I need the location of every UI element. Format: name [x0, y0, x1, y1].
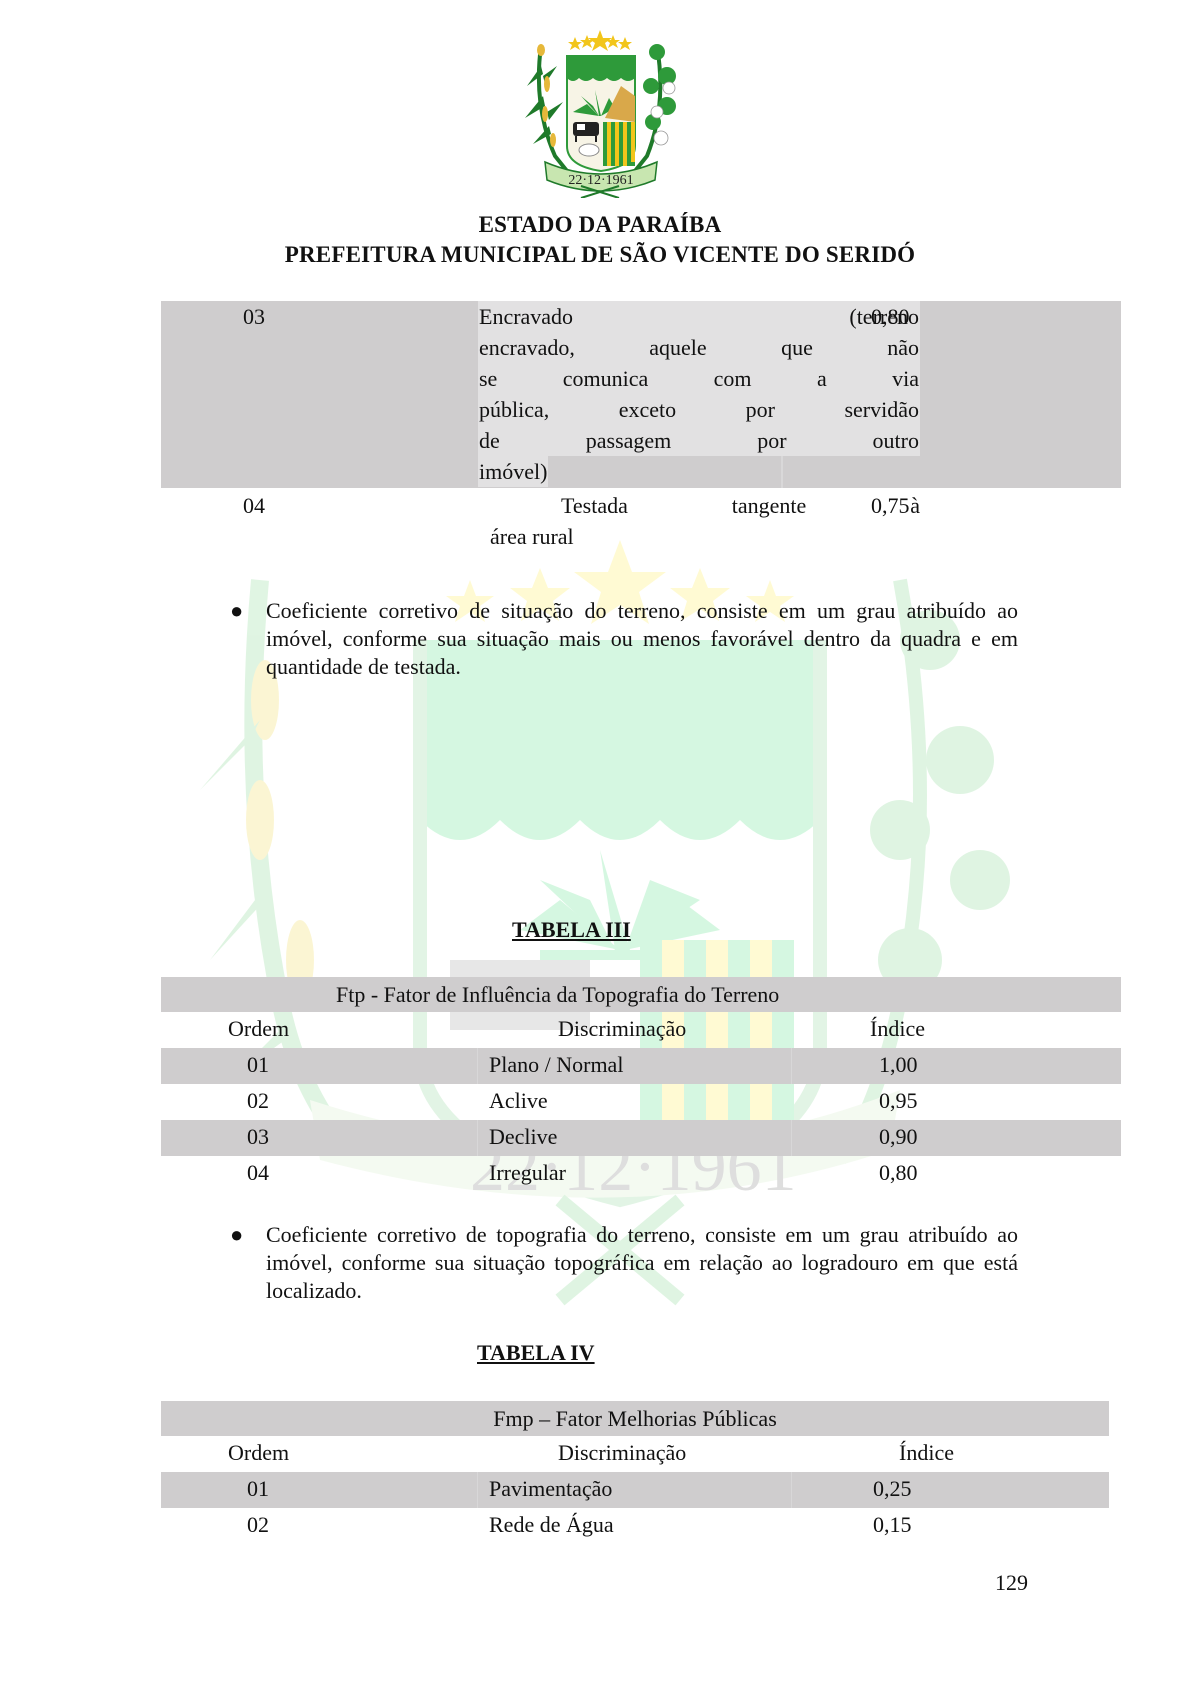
discriminacao-cell: Rede de Água: [489, 1508, 614, 1542]
column-header-discriminacao: Discriminação: [558, 1012, 686, 1046]
discriminacao-cell: Encravado (terrenoencravado, aquele que …: [478, 301, 920, 487]
table-row: 02 Rede de Água 0,15: [161, 1508, 1109, 1544]
ordem-cell: 02: [247, 1508, 269, 1542]
table-row: 03 Encravado (terrenoencravado, aquele q…: [161, 301, 1121, 488]
table-row: 03 Declive 0,90: [161, 1120, 1121, 1156]
svg-text:22·12·1961: 22·12·1961: [568, 173, 633, 188]
state-heading: ESTADO DA PARAÍBA: [0, 212, 1200, 238]
ordem-cell: 03: [243, 301, 265, 332]
discriminacao-cell: Pavimentação: [489, 1472, 612, 1506]
document-page: 22·12·1961: [0, 0, 1200, 1698]
table-header-row: Ordem Discriminação Índice: [161, 1012, 1121, 1048]
bullet-text: Coeficiente corretivo de situação do ter…: [266, 597, 1018, 681]
discriminacao-cell: Declive: [489, 1120, 557, 1154]
ordem-cell: 01: [247, 1472, 269, 1506]
municipal-coat-of-arms-icon: 22·12·1961: [511, 26, 689, 198]
page-number: 129: [995, 1570, 1028, 1596]
municipality-heading: PREFEITURA MUNICIPAL DE SÃO VICENTE DO S…: [0, 242, 1200, 268]
discriminacao-cell: Plano / Normal: [489, 1048, 623, 1082]
ordem-cell: 01: [247, 1048, 269, 1082]
discriminacao-cell: Irregular: [489, 1156, 566, 1190]
ordem-cell: 03: [247, 1120, 269, 1154]
tabela-iv: Fmp – Fator Melhorias Públicas Ordem Dis…: [161, 1401, 1109, 1544]
discriminacao-line: imóvel): [478, 456, 920, 487]
table-row: 02 Aclive 0,95: [161, 1084, 1121, 1120]
table-caption: Fmp – Fator Melhorias Públicas: [161, 1401, 1109, 1436]
discriminacao-cell-line1: Testada tangente à: [561, 490, 920, 521]
column-header-ordem: Ordem: [228, 1012, 289, 1046]
bullet-topografia-terreno: ● Coeficiente corretivo de topografia do…: [232, 1221, 1018, 1305]
table-caption: Ftp - Fator de Influência da Topografia …: [161, 977, 1121, 1012]
indice-cell: 0,80: [871, 301, 910, 332]
table-row: 04 Testada tangente à área rural 0,75: [161, 488, 1121, 558]
table-row: 01 Plano / Normal 1,00: [161, 1048, 1121, 1084]
column-header-indice: Índice: [870, 1012, 925, 1046]
indice-cell: 0,80: [879, 1156, 918, 1190]
discriminacao-line: encravado, aquele que não: [478, 332, 920, 363]
column-header-indice: Índice: [899, 1436, 954, 1470]
discriminacao-line: se comunica com a via: [478, 363, 920, 394]
discriminacao-cell: Aclive: [489, 1084, 548, 1118]
ordem-cell: 04: [243, 490, 265, 521]
indice-cell: 0,90: [879, 1120, 918, 1154]
ordem-cell: 02: [247, 1084, 269, 1118]
table-row: 01 Pavimentação 0,25: [161, 1472, 1109, 1508]
column-header-ordem: Ordem: [228, 1436, 289, 1470]
indice-cell: 0,25: [873, 1472, 912, 1506]
discriminacao-line: de passagem por outro: [478, 425, 920, 456]
discriminacao-line: Encravado (terreno: [478, 301, 920, 332]
table-ii-continuation: 03 Encravado (terrenoencravado, aquele q…: [161, 301, 1121, 558]
indice-cell: 0,75: [871, 490, 910, 521]
table-header-row: Ordem Discriminação Índice: [161, 1436, 1109, 1472]
discriminacao-line: pública, exceto por servidão: [478, 394, 920, 425]
tabela-iv-title: TABELA IV: [477, 1340, 595, 1366]
bullet-situacao-terreno: ● Coeficiente corretivo de situação do t…: [232, 597, 1018, 681]
indice-cell: 1,00: [879, 1048, 918, 1082]
tabela-iii-title: TABELA III: [512, 917, 631, 943]
discriminacao-cell-line2: área rural: [490, 521, 574, 552]
bullet-icon: ●: [230, 1221, 243, 1249]
tabela-iii: Ftp - Fator de Influência da Topografia …: [161, 977, 1121, 1192]
indice-cell: 0,95: [879, 1084, 918, 1118]
bullet-text: Coeficiente corretivo de topografia do t…: [266, 1221, 1018, 1305]
table-row: 04 Irregular 0,80: [161, 1156, 1121, 1192]
indice-cell: 0,15: [873, 1508, 912, 1542]
column-header-discriminacao: Discriminação: [558, 1436, 686, 1470]
ordem-cell: 04: [247, 1156, 269, 1190]
bullet-icon: ●: [230, 597, 243, 625]
